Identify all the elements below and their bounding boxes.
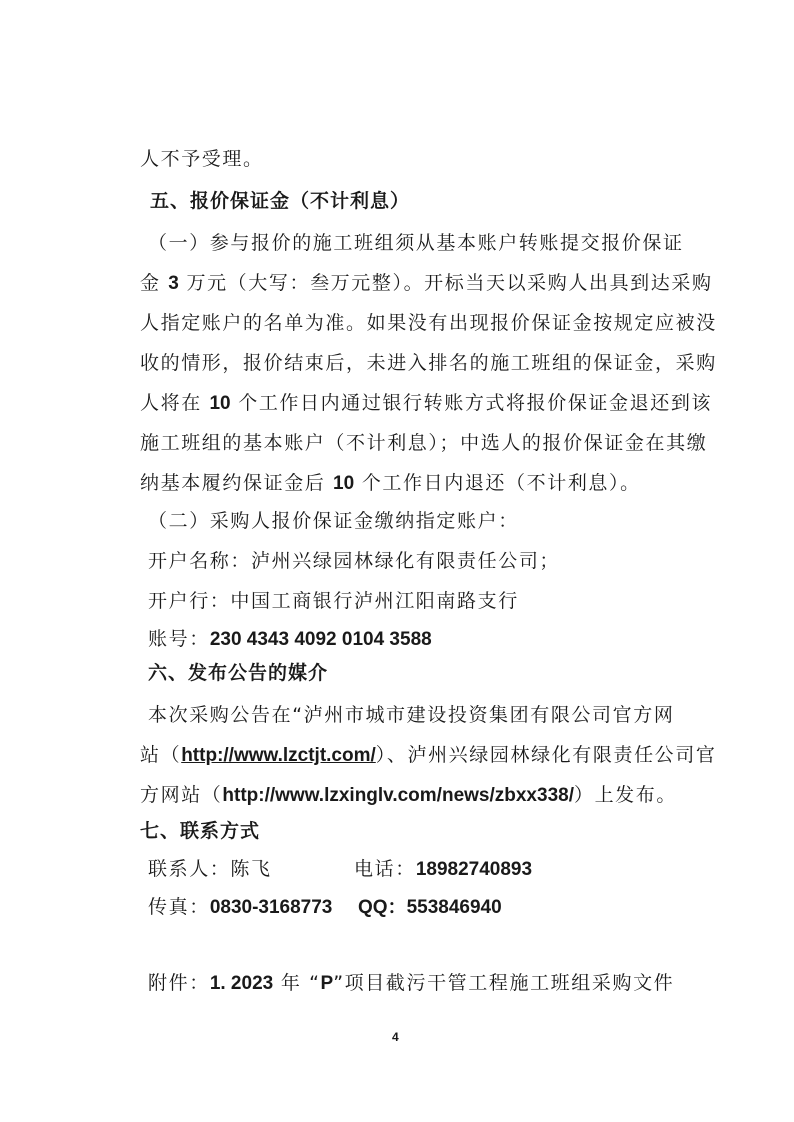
days-count: 10: [333, 473, 354, 494]
account-number-label: 账号：: [148, 628, 210, 650]
qq: QQ：553846940: [358, 894, 502, 921]
deposit-amount: 3: [168, 273, 179, 294]
text: ）上发布。: [574, 784, 677, 806]
section-5-para1-line4: 收的情形，报价结束后，未进入排名的施工班组的保证金，采购: [140, 350, 717, 376]
attachment-number: 1. 2023: [210, 973, 273, 994]
account-name: 泸州兴绿园林绿化有限责任公司；: [251, 550, 560, 572]
phone-number: 18982740893: [416, 859, 532, 880]
contact-person: 联系人：陈飞: [148, 856, 272, 882]
text: 人将在: [140, 392, 209, 414]
text: 个工作日内通过银行转账方式将报价保证金退还到该: [231, 392, 712, 414]
section-7-heading: 七、联系方式: [140, 818, 260, 844]
text: 站（: [140, 744, 181, 766]
section-6-line3: 方网站（http://www.lzxinglv.com/news/zbxx338…: [140, 782, 677, 809]
section-6-line2: 站（http://www.lzctjt.com/）、泸州兴绿园林绿化有限责任公司…: [140, 742, 716, 769]
section-6-heading: 六、发布公告的媒介: [148, 660, 328, 686]
text: 年 “: [273, 972, 320, 994]
days-count: 10: [209, 393, 230, 414]
account-name-line: 开户名称：泸州兴绿园林绿化有限责任公司；: [148, 548, 560, 574]
project-letter: P: [321, 973, 334, 994]
section-5-para1-line2: 金 3 万元（大写：叁万元整）。开标当天以采购人出具到达采购: [140, 270, 713, 297]
account-name-label: 开户名称：: [148, 550, 251, 572]
account-number-line: 账号：230 4343 4092 0104 3588: [148, 626, 432, 653]
lzctjt-link[interactable]: http://www.lzctjt.com/: [181, 745, 376, 766]
fax-number: 0830-3168773: [210, 897, 333, 918]
attachment-label: 附件：: [148, 972, 210, 994]
section-5-para2-line1: （二）采购人报价保证金缴纳指定账户：: [148, 508, 519, 534]
fax-label: 传真：: [148, 896, 210, 918]
qq-label: QQ：: [358, 897, 407, 918]
text: 金: [140, 272, 168, 294]
text: 方网站（: [140, 784, 222, 806]
fax: 传真：0830-3168773: [148, 894, 332, 921]
lzxinglv-url: http://www.lzxinglv.com/news/zbxx338/: [222, 785, 574, 806]
section-5-para1-line7: 纳基本履约保证金后 10 个工作日内退还（不计利息）。: [140, 470, 641, 497]
section-5-para1-line5: 人将在 10 个工作日内通过银行转账方式将报价保证金退还到该: [140, 390, 712, 417]
contact-name: 陈飞: [230, 858, 271, 880]
text: ）、泸州兴绿园林绿化有限责任公司官: [376, 744, 717, 766]
section-6-line1: 本次采购公告在“泸州市城市建设投资集团有限公司官方网: [148, 702, 674, 728]
page-number: 4: [392, 1030, 399, 1044]
text: 纳基本履约保证金后: [140, 472, 333, 494]
qq-number: 553846940: [407, 897, 502, 918]
bank-line: 开户行：中国工商银行泸州江阳南路支行: [148, 588, 519, 614]
phone-label: 电话：: [354, 858, 416, 880]
bank-label: 开户行：: [148, 590, 230, 612]
section-5-para1-line1: （一）参与报价的施工班组须从基本账户转账提交报价保证: [148, 230, 684, 256]
text: 万元（大写：叁万元整）。开标当天以采购人出具到达采购: [179, 272, 713, 294]
document-page: 人不予受理。 五、报价保证金（不计利息） （一）参与报价的施工班组须从基本账户转…: [0, 0, 794, 1122]
section-5-para1-line6: 施工班组的基本账户（不计利息）；中选人的报价保证金在其缴: [140, 430, 707, 456]
text: 个工作日内退还（不计利息）。: [354, 472, 641, 494]
continuation-line: 人不予受理。: [140, 146, 264, 172]
bank-name: 中国工商银行泸州江阳南路支行: [230, 590, 518, 612]
section-5-para1-line3: 人指定账户的名单为准。如果没有出现报价保证金按规定应被没: [140, 310, 717, 336]
text: ”项目截污干管工程施工班组采购文件: [333, 972, 674, 994]
contact-label: 联系人：: [148, 858, 230, 880]
attachment-line: 附件：1. 2023 年 “P”项目截污干管工程施工班组采购文件: [148, 970, 674, 997]
section-5-heading: 五、报价保证金（不计利息）: [150, 188, 410, 214]
account-number: 230 4343 4092 0104 3588: [210, 629, 432, 650]
phone: 电话：18982740893: [354, 856, 532, 883]
